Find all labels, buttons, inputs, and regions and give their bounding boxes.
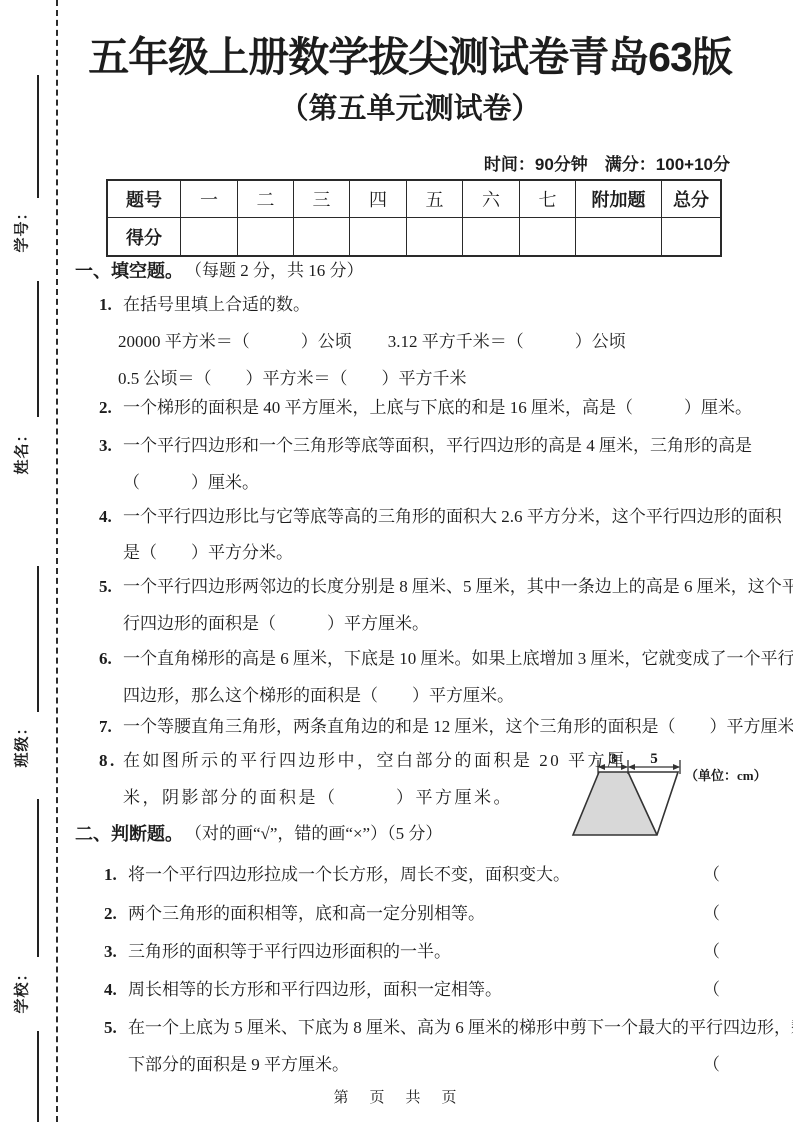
question-2: 2. 一个梯形的面积是 40 平方厘米，上底与下底的和是 16 厘米，高是（ ）… <box>99 397 752 419</box>
score-table-header-cell: 总分 <box>662 181 720 218</box>
score-cell <box>294 218 350 255</box>
class-field: 班级： <box>3 714 39 772</box>
school-field: 学校： <box>3 961 39 1017</box>
question-text: 一个平行四边形两邻边的长度分别是 8 厘米、5 厘米，其中一条边上的高是 6 厘… <box>123 576 793 598</box>
answer-paren: （ <box>703 941 720 963</box>
question-3-continuation: （ ）厘米。 <box>123 472 259 494</box>
question-4-continuation: 是（ ）平方分米。 <box>123 542 293 564</box>
question-6-continuation: 四边形，那么这个梯形的面积是（ ）平方厘米。 <box>123 685 514 707</box>
question-text: 三角形的面积等于平行四边形面积的一半。 <box>128 941 703 963</box>
arrowhead <box>673 764 680 770</box>
question-number: 5. <box>99 576 123 598</box>
question-text: 一个梯形的面积是 40 平方厘米，上底与下底的和是 16 厘米，高是（ ）厘米。 <box>123 397 752 419</box>
dim-label-3: 3 <box>609 751 617 767</box>
question-text: 一个平行四边形比与它等底等高的三角形的面积大 2.6 平方分米，这个平行四边形的… <box>123 506 782 528</box>
question-7: 7. 一个等腰直角三角形，两条直角边的和是 12 厘米，这个三角形的面积是（ ）… <box>99 716 793 738</box>
question-number: 2. <box>99 397 123 419</box>
section2-heading-note: （对的画“√”，错的画“×”）（5 分） <box>185 823 442 845</box>
judge-question-1: 1. 将一个平行四边形拉成一个长方形，周长不变，面积变大。 （ <box>104 864 720 886</box>
class-blank-line <box>37 566 39 712</box>
arrowhead <box>621 764 628 770</box>
question-number: 5. <box>104 1017 128 1039</box>
name-label: 姓名： <box>11 426 32 474</box>
question-8-continuation: 米，阴影部分的面积是（ ）平方厘米。 <box>123 787 513 809</box>
answer-paren: （ <box>703 1054 720 1076</box>
question-number: 3. <box>99 435 123 457</box>
question-text: 一个等腰直角三角形，两条直角边的和是 12 厘米，这个三角形的面积是（ ）平方厘… <box>123 716 793 738</box>
answer-paren: （ <box>703 864 720 886</box>
question-text: 一个直角梯形的高是 6 厘米，下底是 10 厘米。如果上底增加 3 厘米，它就变… <box>123 648 793 670</box>
conversion-blank: 3.12 平方千米＝（ ）公顷 <box>388 331 626 353</box>
score-table-header-cell: 四 <box>350 181 407 218</box>
score-cell <box>181 218 238 255</box>
question-3: 3. 一个平行四边形和一个三角形等底等面积，平行四边形的高是 4 厘米，三角形的… <box>99 435 752 457</box>
question-5: 5. 一个平行四边形两邻边的长度分别是 8 厘米、5 厘米，其中一条边上的高是 … <box>99 576 793 598</box>
question-text: 下部分的面积是 9 平方厘米。 <box>128 1054 703 1076</box>
score-cell <box>350 218 407 255</box>
judge-question-4: 4. 周长相等的长方形和平行四边形，面积一定相等。 （ <box>104 979 720 1001</box>
question-number: 4. <box>99 506 123 528</box>
question-text: 两个三角形的面积相等，底和高一定分别相等。 <box>128 903 703 925</box>
conversion-blank: 20000 平方米＝（ ）公顷 <box>118 331 352 353</box>
test-paper-page: 学号： 姓名： 班级： 学校： 五年级上册数学拔尖测试卷青岛63版 （第五单元测… <box>0 0 793 1122</box>
dim-label-5: 5 <box>650 751 658 767</box>
paper-title: 五年级上册数学拔尖测试卷青岛63版 <box>60 24 760 83</box>
score-table-header-cell: 题号 <box>108 181 181 218</box>
score-table-header-cell: 六 <box>463 181 520 218</box>
question-text: 一个平行四边形和一个三角形等底等面积，平行四边形的高是 4 厘米，三角形的高是 <box>123 435 752 457</box>
score-table-header-cell: 二 <box>238 181 294 218</box>
question-text: 在一个上底为 5 厘米、下底为 8 厘米、高为 6 厘米的梯形中剪下一个最大的平… <box>128 1017 793 1039</box>
score-table-header-cell: 附加题 <box>576 181 662 218</box>
arrowhead <box>628 764 635 770</box>
exam-info: 时间：90分钟 满分：100+10分 <box>0 150 730 175</box>
score-table: 题号 一 二 三 四 五 六 七 附加题 总分 得分 <box>106 179 722 257</box>
judge-question-3: 3. 三角形的面积等于平行四边形面积的一半。 （ <box>104 941 720 963</box>
school-label: 学校： <box>11 965 32 1013</box>
question-number: 4. <box>104 979 128 1001</box>
question-1: 1. 在括号里填上合适的数。 <box>99 294 310 316</box>
arrowhead <box>598 764 605 770</box>
judge-question-2: 2. 两个三角形的面积相等，底和高一定分别相等。 （ <box>104 903 720 925</box>
question-text: 将一个平行四边形拉成一个长方形，周长不变，面积变大。 <box>128 864 703 886</box>
page-footer: 第 页 共 页 <box>0 1086 793 1107</box>
question-text: 是（ ）平方分米。 <box>123 542 293 564</box>
conversion-blank: 0.5 公顷＝（ ）平方米＝（ ）平方千米 <box>118 368 467 390</box>
score-table-header-cell: 五 <box>407 181 463 218</box>
section2-heading-main: 二、判断题。 <box>75 823 183 845</box>
class-label: 班级： <box>11 719 32 767</box>
section2-heading: 二、判断题。 （对的画“√”，错的画“×”）（5 分） <box>75 823 442 845</box>
score-cell <box>463 218 520 255</box>
question-8: 8. 在如图所示的平行四边形中，空白部分的面积是 20 平方厘 <box>99 750 627 772</box>
score-cell <box>576 218 662 255</box>
question-number: 8. <box>99 750 123 772</box>
student-id-field: 学号： <box>3 199 39 257</box>
score-table-header-cell: 一 <box>181 181 238 218</box>
question-number: 6. <box>99 648 123 670</box>
question-number: 1. <box>99 294 123 316</box>
judge-question-5-continuation: 下部分的面积是 9 平方厘米。 （ <box>128 1054 720 1076</box>
bottom-blank-line <box>37 1031 39 1122</box>
judge-question-5: 5. 在一个上底为 5 厘米、下底为 8 厘米、高为 6 厘米的梯形中剪下一个最… <box>104 1017 793 1039</box>
question-text: 周长相等的长方形和平行四边形，面积一定相等。 <box>128 979 703 1001</box>
score-cell <box>662 218 720 255</box>
score-table-header-cell: 三 <box>294 181 350 218</box>
school-blank-line <box>37 799 39 957</box>
score-row-label: 得分 <box>108 218 181 255</box>
question-1-subline-2: 0.5 公顷＝（ ）平方米＝（ ）平方千米 <box>118 368 467 390</box>
section1-heading-main: 一、填空题。 <box>75 260 183 282</box>
question-4: 4. 一个平行四边形比与它等底等高的三角形的面积大 2.6 平方分米，这个平行四… <box>99 506 782 528</box>
score-cell <box>238 218 294 255</box>
score-cell <box>520 218 576 255</box>
question-6: 6. 一个直角梯形的高是 6 厘米，下底是 10 厘米。如果上底增加 3 厘米，… <box>99 648 793 670</box>
parallelogram-figure: 3 5 （单位：cm） <box>558 737 793 859</box>
question-text: 四边形，那么这个梯形的面积是（ ）平方厘米。 <box>123 685 514 707</box>
answer-paren: （ <box>703 903 720 925</box>
question-number: 2. <box>104 903 128 925</box>
name-field: 姓名： <box>3 421 39 479</box>
student-id-blank-line <box>37 75 39 198</box>
section1-heading: 一、填空题。 （每题 2 分，共 16 分） <box>75 260 364 282</box>
score-cell <box>407 218 463 255</box>
student-id-label: 学号： <box>11 204 32 252</box>
name-blank-line <box>37 281 39 417</box>
question-text: 米，阴影部分的面积是（ ）平方厘米。 <box>123 787 513 809</box>
question-number: 3. <box>104 941 128 963</box>
answer-paren: （ <box>703 979 720 1001</box>
question-number: 1. <box>104 864 128 886</box>
paper-subtitle: （第五单元测试卷） <box>60 86 760 127</box>
question-number: 7. <box>99 716 123 738</box>
question-5-continuation: 行四边形的面积是（ ）平方厘米。 <box>123 613 429 635</box>
score-table-header-cell: 七 <box>520 181 576 218</box>
section1-heading-note: （每题 2 分，共 16 分） <box>185 260 364 282</box>
unit-label: （单位：cm） <box>685 768 767 783</box>
question-text: （ ）厘米。 <box>123 472 259 494</box>
question-text: 在括号里填上合适的数。 <box>123 294 310 316</box>
question-1-subline-1: 20000 平方米＝（ ）公顷 3.12 平方千米＝（ ）公顷 <box>118 331 626 353</box>
question-text: 在如图所示的平行四边形中，空白部分的面积是 20 平方厘 <box>123 750 627 772</box>
question-text: 行四边形的面积是（ ）平方厘米。 <box>123 613 429 635</box>
